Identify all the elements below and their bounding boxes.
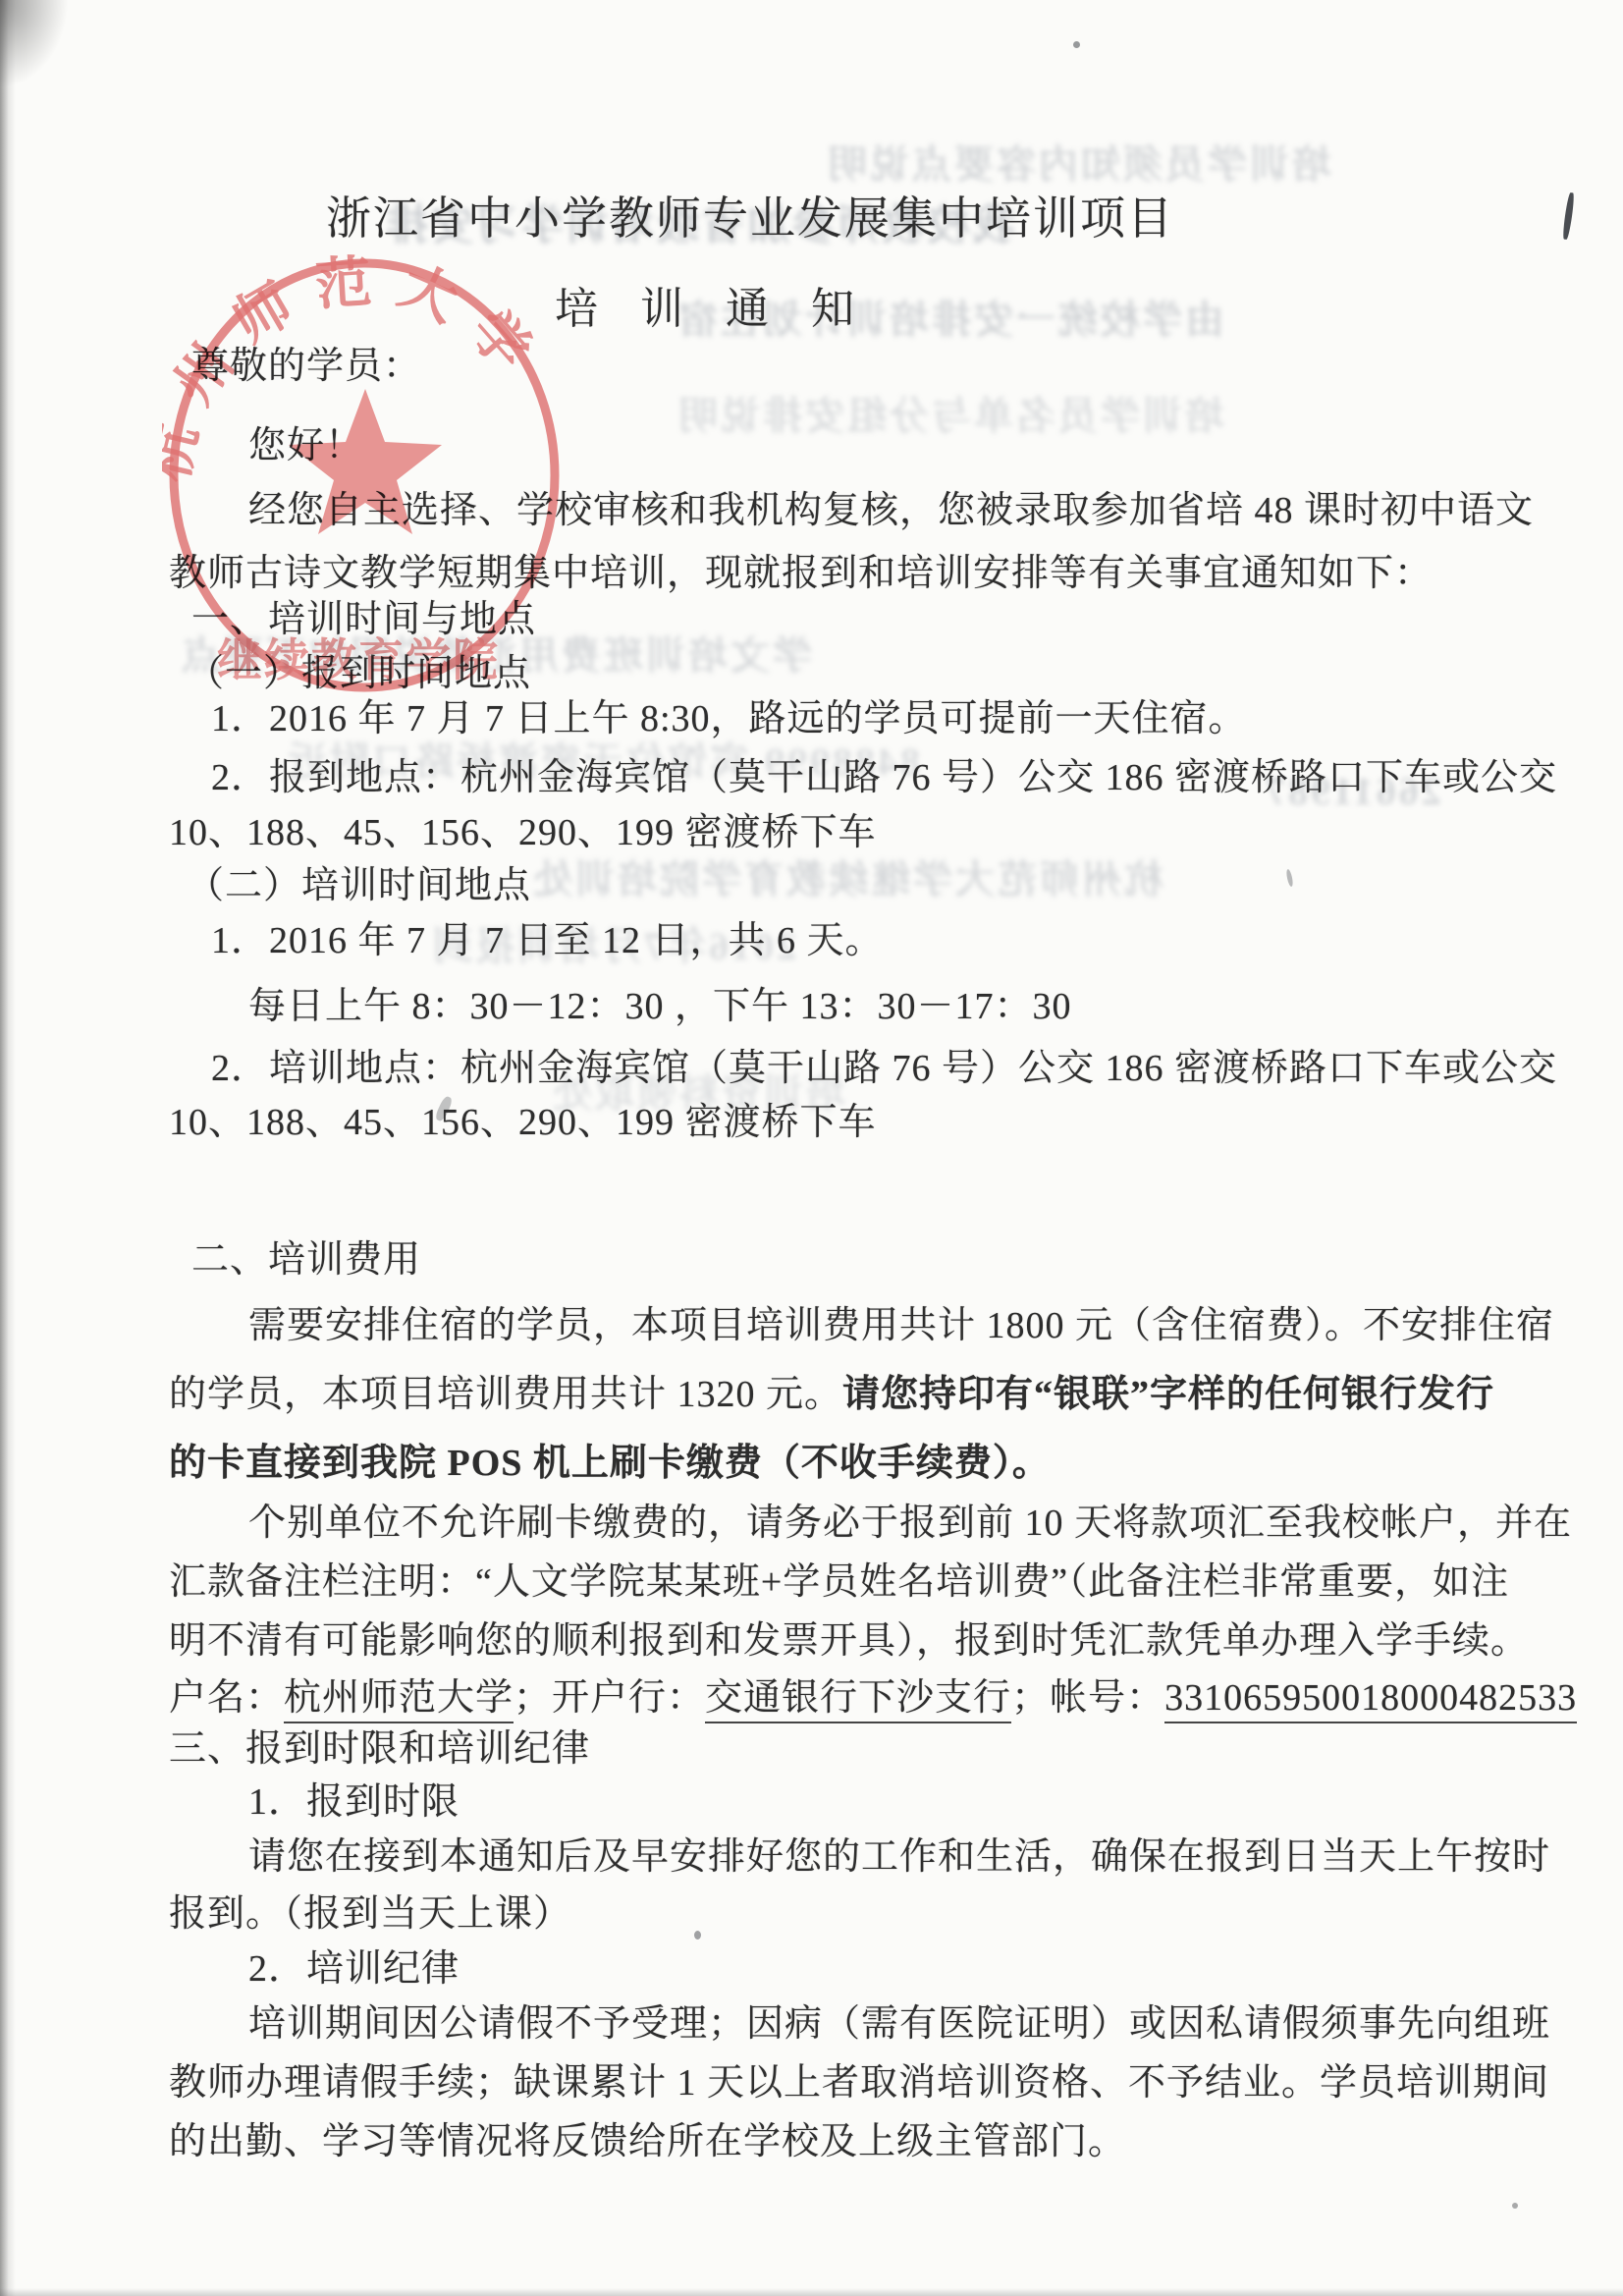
- fee-paragraph-line-bold: 的卡直接到我院 POS 机上刷卡缴费（不收手续费）。: [169, 1432, 1051, 1486]
- daily-schedule-line: 每日上午 8：30－12：30 ，下午 13：30－17：30: [248, 975, 1072, 1029]
- report-location-item: 2．报到地点：杭州金海宾馆（莫干山路 76 号）公交 186 密渡桥路口下车或公…: [211, 746, 1557, 800]
- scan-speck: [1512, 2203, 1518, 2209]
- bleedthrough-text: 杭州师范大学继续教育学院培训处: [530, 848, 1163, 904]
- scan-edge-shadow: [0, 0, 16, 2296]
- scanned-training-notice-page: 培训学员须知内容要点说明 我校教师参加省级培训学习安排 由学校统一安排培训计划住…: [0, 0, 1623, 2296]
- discipline-paragraph-line: 的出勤、学习等情况将反馈给所在学校及上级主管部门。: [169, 2110, 1126, 2164]
- scan-corner-shadow: [0, 0, 69, 88]
- deadline-paragraph-line: 报到。（报到当天上课）: [169, 1883, 571, 1937]
- deadline-paragraph-line: 请您在接到本通知后及早安排好您的工作和生活，确保在报到日当天上午按时: [248, 1826, 1550, 1880]
- scan-speck: [1285, 869, 1294, 888]
- remittance-paragraph-line: 明不清有可能影响您的顺利报到和发票开具），报到时凭汇款凭单办理入学手续。: [169, 1610, 1529, 1664]
- remittance-paragraph-line: 汇款备注栏注明：“人文学院某某班+学员姓名培训费”（此备注栏非常重要，如注: [169, 1551, 1509, 1605]
- scan-speck: [1562, 192, 1576, 241]
- account-name-label: 户名：: [169, 1677, 284, 1719]
- discipline-paragraph-line: 教师办理请假手续；缺课累计 1 天以上者取消培训资格、不予结业。学员培训期间: [169, 2051, 1549, 2105]
- scan-speck: [1073, 41, 1080, 48]
- training-location-item-continuation: 10、188、45、156、290、199 密渡桥下车: [169, 1091, 877, 1145]
- bank-account-line: 户名：杭州师范大学；开户行：交通银行下沙支行；帐号：33106595001800…: [169, 1667, 1577, 1721]
- fee-paragraph-line: 需要安排住宿的学员，本项目培训费用共计 1800 元（含住宿费）。不安排住宿: [248, 1294, 1554, 1348]
- scan-bottom-shadow: [0, 2288, 1623, 2296]
- remittance-paragraph-line: 个别单位不允许刷卡缴费的，请务必于报到前 10 天将款项汇至我校帐户，并在: [248, 1492, 1572, 1546]
- training-dates-item: 1．2016 年 7 月 7 日至 12 日，共 6 天。: [211, 909, 884, 963]
- fee-text-bold: 请您持印有“银联”字样的任何银行发行: [842, 1374, 1494, 1415]
- bleedthrough-text: 培训学员须知内容要点说明: [825, 134, 1331, 190]
- discipline-paragraph-line: 培训期间因公请假不予受理；因病（需有医院证明）或因私请假须事先向组班: [248, 1993, 1550, 2047]
- stamp-college-text: 继续教育学院: [217, 635, 500, 685]
- account-number-label: ；帐号：: [1011, 1677, 1164, 1719]
- account-bank-value: 交通银行下沙支行: [705, 1677, 1011, 1723]
- training-location-item: 2．培训地点：杭州金海宾馆（莫干山路 76 号）公交 186 密渡桥路口下车或公…: [211, 1037, 1557, 1091]
- fee-text-normal: 的学员，本项目培训费用共计 1320 元。: [169, 1374, 842, 1415]
- scan-speck: [694, 1931, 701, 1940]
- account-name-value: 杭州师范大学: [284, 1677, 514, 1723]
- section-3-heading: 三、报到时限和培训纪律: [169, 1718, 590, 1772]
- bleedthrough-text: 培训学员名单与分组安排说明: [676, 385, 1224, 441]
- document-title: 浙江省中小学教师专业发展集中培训项目: [326, 183, 1174, 247]
- stamp-star-icon: [289, 389, 442, 534]
- university-stamp: 杭州师范大学 继续教育学院: [162, 253, 567, 697]
- fee-paragraph-line: 的学员，本项目培训费用共计 1320 元。请您持印有“银联”字样的任何银行发行: [169, 1363, 1494, 1417]
- document-subtitle: 培 训 通 知: [555, 273, 870, 336]
- account-bank-label: ；开户行：: [514, 1677, 705, 1719]
- account-number-value: 331065950018000482533: [1164, 1677, 1577, 1723]
- section-2-heading: 二、培训费用: [191, 1229, 421, 1283]
- section-1-subheading-2: （二）培训时间地点: [187, 854, 531, 908]
- discipline-subheading: 2．培训纪律: [248, 1938, 460, 1992]
- report-location-item-continuation: 10、188、45、156、290、199 密渡桥下车: [169, 801, 877, 855]
- deadline-subheading: 1．报到时限: [248, 1771, 460, 1825]
